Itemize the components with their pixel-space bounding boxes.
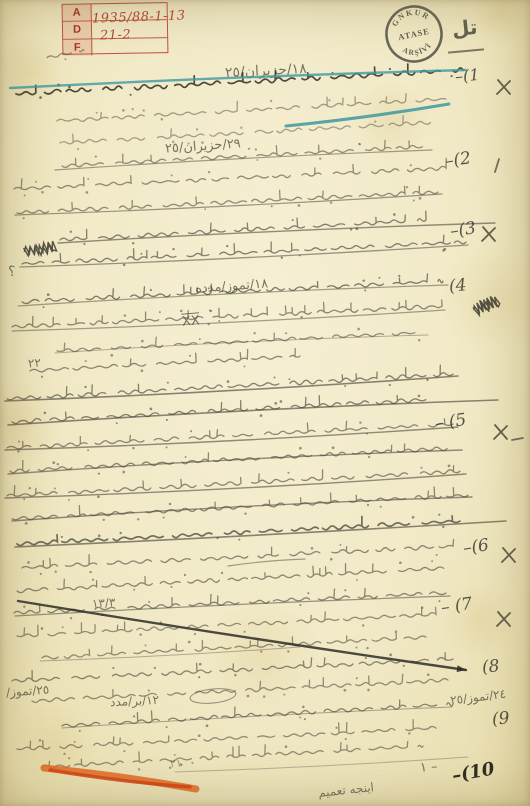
diacritic-dot — [398, 275, 400, 277]
diacritic-dot — [244, 365, 246, 367]
diacritic-dot — [260, 650, 262, 652]
diacritic-dot — [54, 487, 56, 489]
diacritic-dot — [218, 320, 220, 322]
diacritic-dot — [68, 499, 70, 501]
handwriting-line — [12, 487, 468, 520]
diacritic-dot — [442, 526, 444, 528]
diacritic-dot — [29, 487, 31, 489]
diacritic-dot — [145, 644, 147, 646]
diacritic-dot — [287, 472, 289, 474]
diacritic-dot — [359, 421, 361, 423]
diacritic-dot — [166, 419, 168, 421]
diacritic-dot — [184, 574, 186, 576]
diacritic-dot — [204, 208, 206, 210]
diacritic-dot — [138, 768, 140, 770]
diacritic-dot — [418, 339, 420, 341]
diacritic-dot — [41, 627, 44, 630]
diacritic-dot — [206, 724, 209, 727]
diacritic-dot — [241, 73, 243, 75]
diacritic-dot — [413, 199, 415, 201]
diacritic-dot — [23, 217, 25, 219]
handwriting-line — [60, 211, 426, 240]
diacritic-dot — [166, 446, 168, 448]
diacritic-dot — [247, 695, 250, 698]
diacritic-dot — [362, 279, 364, 281]
strike-line — [20, 245, 468, 267]
diacritic-dot — [208, 287, 210, 289]
diacritic-dot — [300, 316, 302, 318]
diacritic-dot — [226, 245, 228, 247]
x-mark-icon — [482, 227, 495, 241]
diacritic-dot — [35, 181, 37, 183]
handwriting-line — [62, 700, 453, 727]
diacritic-dot — [159, 311, 161, 313]
x-mark-icon — [497, 80, 510, 94]
diacritic-dot — [130, 94, 132, 96]
diacritic-dot — [96, 112, 98, 114]
diacritic-dot — [344, 589, 346, 591]
diacritic-dot — [304, 718, 306, 720]
handwriting-line — [47, 50, 84, 58]
diacritic-dot — [263, 695, 265, 697]
diacritic-dot — [438, 514, 440, 516]
diacritic-dot — [18, 441, 20, 443]
diacritic-dot — [410, 164, 412, 166]
diacritic-dot — [240, 126, 242, 128]
strike-line — [5, 474, 466, 498]
diacritic-dot — [418, 395, 421, 398]
diacritic-dot — [270, 100, 272, 102]
diacritic-dot — [273, 376, 275, 378]
diacritic-dot — [170, 586, 172, 588]
diacritic-dot — [393, 213, 396, 216]
diacritic-dot — [83, 243, 85, 245]
handwriting-line — [16, 64, 463, 95]
diacritic-dot — [154, 667, 156, 669]
diacritic-dot — [431, 560, 433, 562]
handwriting-line — [42, 742, 423, 769]
strike-line — [12, 497, 472, 521]
dash-mark-icon — [512, 438, 523, 440]
diacritic-dot — [61, 536, 63, 538]
diacritic-dot — [62, 626, 64, 628]
diacritic-dot — [85, 360, 87, 362]
item-number-marker: (4 — [448, 275, 467, 296]
diacritic-dot — [112, 667, 114, 669]
diacritic-dot — [150, 289, 152, 291]
diacritic-dot — [356, 579, 358, 581]
handwriting-line — [14, 158, 446, 189]
diacritic-dot — [358, 143, 360, 145]
diacritic-dot — [378, 277, 380, 279]
diacritic-dot — [163, 516, 165, 518]
diacritic-dot — [169, 767, 171, 769]
diacritic-dot — [271, 205, 273, 207]
diacritic-dot — [285, 332, 287, 334]
diacritic-dot — [285, 745, 288, 748]
diacritic-dot — [87, 449, 89, 451]
diacritic-dot — [86, 191, 89, 194]
handwriting-line — [57, 94, 446, 122]
diacritic-dot — [374, 120, 376, 122]
diacritic-dot — [287, 650, 289, 652]
diacritic-dot — [169, 503, 172, 506]
diacritic-dot — [171, 174, 173, 176]
strike-line — [12, 310, 445, 331]
diacritic-dot — [442, 249, 445, 252]
diacritic-dot — [98, 534, 101, 537]
diacritic-dot — [299, 604, 301, 606]
diacritic-dot — [257, 159, 259, 161]
diacritic-dot — [116, 422, 118, 424]
circled-word-icon — [189, 687, 236, 706]
diacritic-dot — [281, 256, 283, 258]
handwriting-line — [17, 564, 444, 593]
diacritic-dot — [27, 561, 30, 564]
strike-line — [5, 427, 458, 450]
diacritic-dot — [199, 338, 201, 340]
item-number-marker: (9 — [491, 708, 510, 729]
diacritic-dot — [25, 522, 28, 525]
diacritic-dot — [221, 572, 223, 574]
diacritic-dot — [244, 513, 246, 515]
diacritic-dot — [79, 730, 81, 732]
diacritic-dot — [148, 690, 150, 692]
diacritic-dot — [260, 414, 263, 417]
diacritic-dot — [23, 498, 25, 500]
diacritic-dot — [133, 589, 135, 591]
diacritic-dot — [191, 762, 193, 764]
diacritic-dot — [190, 430, 192, 432]
diacritic-dot — [140, 253, 142, 255]
diacritic-dot — [132, 108, 134, 110]
diacritic-dot — [253, 332, 255, 334]
diacritic-dot — [208, 171, 210, 173]
item-number-marker: –(6 — [462, 535, 490, 558]
diacritic-dot — [40, 573, 42, 575]
crayon-mark-line — [50, 770, 190, 787]
diacritic-dot — [143, 109, 145, 111]
strike-line — [40, 647, 300, 661]
handwriting-line — [7, 466, 460, 497]
diacritic-dot — [274, 402, 277, 405]
diacritic-dot — [330, 558, 333, 561]
diacritic-dot — [148, 601, 150, 603]
diacritic-dot — [448, 465, 451, 468]
diacritic-dot — [189, 355, 191, 357]
diacritic-dot — [110, 354, 113, 357]
diacritic-dot — [288, 378, 290, 380]
handwriting-line — [7, 419, 453, 449]
diacritic-dot — [133, 715, 135, 717]
x-mark-icon — [502, 548, 515, 562]
diacritic-dot — [198, 676, 200, 678]
diacritic-dot — [366, 647, 368, 649]
diacritic-dot — [339, 544, 341, 546]
diacritic-dot — [132, 242, 134, 244]
strike-line — [228, 559, 305, 566]
diacritic-dot — [194, 633, 196, 635]
diacritic-dot — [389, 68, 391, 70]
x-mark-icon — [494, 425, 507, 439]
diacritic-dot — [302, 706, 305, 709]
diacritic-dot — [344, 385, 346, 387]
scribble-mark-icon — [23, 241, 57, 258]
handwriting-line — [17, 186, 438, 213]
diacritic-dot — [421, 607, 423, 609]
diacritic-dot — [103, 519, 105, 521]
diacritic-dot — [364, 290, 366, 292]
strike-line — [55, 335, 428, 353]
diacritic-dot — [44, 412, 47, 415]
diacritic-dot — [408, 732, 410, 734]
diacritic-dot — [188, 641, 191, 644]
diacritic-dot — [141, 369, 144, 372]
diacritic-dot — [123, 264, 126, 267]
diacritic-dot — [97, 495, 100, 498]
diacritic-dot — [335, 727, 337, 729]
diacritic-dot — [70, 230, 72, 232]
item-number-marker: –(3 — [449, 218, 477, 241]
tick-mark-icon — [495, 159, 499, 172]
scribble-mark-icon — [471, 293, 501, 317]
strike-line — [18, 285, 448, 306]
strike-line — [8, 400, 498, 425]
diacritic-dot — [124, 314, 126, 316]
strike-line — [55, 150, 432, 170]
diacritic-dot — [201, 141, 204, 144]
diacritic-dot — [137, 518, 139, 520]
diacritic-dot — [63, 753, 65, 755]
diacritic-dot — [399, 561, 402, 564]
diacritic-dot — [123, 750, 125, 752]
diacritic-dot — [139, 633, 142, 636]
strike-line — [5, 376, 458, 401]
diacritic-dot — [238, 539, 240, 541]
diacritic-dot — [332, 446, 335, 449]
item-number-marker: (8 — [481, 656, 500, 677]
diacritic-dot — [187, 142, 189, 144]
diacritic-dot — [95, 156, 97, 158]
diacritic-dot — [180, 310, 183, 313]
diacritic-dot — [380, 506, 382, 508]
diacritic-dot — [120, 532, 122, 534]
diacritic-dot — [57, 463, 59, 465]
diacritic-dot — [307, 592, 309, 594]
blue-strike-line — [286, 104, 449, 126]
diacritic-dot — [299, 447, 302, 450]
handwriting-line — [12, 396, 426, 424]
handwriting-layer — [0, 0, 530, 806]
diacritic-dot — [210, 310, 212, 312]
diacritic-dot — [389, 653, 392, 656]
diacritic-dot — [367, 689, 370, 692]
diacritic-dot — [52, 461, 55, 464]
strike-line — [8, 450, 462, 474]
diacritic-dot — [255, 148, 257, 150]
diacritic-dot — [196, 128, 198, 130]
diacritic-dot — [166, 726, 168, 728]
x-mark-icon — [497, 612, 510, 626]
diacritic-dot — [244, 631, 246, 633]
diacritic-dot — [172, 141, 175, 144]
diacritic-dot — [403, 665, 405, 667]
diacritic-dot — [319, 157, 321, 159]
diacritic-dot — [70, 617, 72, 619]
diacritic-dot — [451, 75, 453, 77]
diacritic-dot — [41, 376, 43, 378]
diacritic-dot — [328, 99, 330, 101]
diacritic-dot — [39, 739, 41, 741]
handwriting-line — [60, 116, 430, 144]
diacritic-dot — [365, 657, 367, 659]
handwriting-line — [7, 365, 453, 400]
diacritic-dot — [174, 754, 176, 756]
diacritic-dot — [406, 186, 408, 188]
diacritic-dot — [356, 677, 358, 679]
diacritic-dot — [283, 694, 285, 696]
diacritic-dot — [362, 624, 364, 626]
strike-line — [62, 707, 452, 728]
diacritic-dot — [199, 663, 202, 666]
diacritic-dot — [180, 763, 183, 766]
diacritic-dot — [84, 386, 86, 388]
diacritic-dot — [368, 456, 370, 458]
diacritic-dot — [23, 605, 25, 607]
diacritic-dot — [395, 630, 398, 633]
diacritic-dot — [122, 109, 125, 112]
handwriting-line — [62, 140, 422, 167]
strike-line — [15, 521, 506, 547]
diacritic-dot — [141, 340, 144, 343]
diacritic-dot — [419, 197, 422, 200]
scanned-document-page: ADF 1935/88-1-13 21-2 GNKUR ATASE ARŞİVİ… — [0, 0, 530, 806]
strike-line — [58, 223, 495, 243]
diacritic-dot — [92, 579, 94, 581]
diacritic-dot — [248, 148, 250, 150]
diacritic-dot — [420, 467, 422, 469]
diacritic-dot — [280, 400, 283, 403]
diacritic-dot — [17, 450, 19, 452]
diacritic-dot — [227, 380, 230, 383]
diacritic-dot — [234, 674, 236, 676]
diacritic-dot — [436, 554, 438, 556]
diacritic-dot — [355, 646, 357, 648]
strike-line — [175, 757, 468, 772]
blue-strike-line — [10, 70, 466, 88]
diacritic-dot — [412, 516, 415, 519]
diacritic-dot — [389, 384, 391, 386]
diacritic-dot — [39, 96, 42, 99]
diacritic-dot — [344, 689, 347, 692]
diacritic-dot — [47, 293, 50, 296]
diacritic-dot — [357, 328, 360, 331]
handwriting-line — [10, 444, 447, 473]
diacritic-dot — [311, 547, 314, 550]
diacritic-dot — [77, 148, 79, 150]
diacritic-dot — [367, 504, 369, 506]
diacritic-dot — [122, 471, 125, 474]
diacritic-dot — [41, 191, 44, 194]
diacritic-dot — [292, 219, 294, 221]
diacritic-dot — [74, 741, 76, 743]
diacritic-dot — [198, 734, 201, 737]
diacritic-dot — [299, 716, 301, 718]
diacritic-dot — [98, 472, 100, 474]
diacritic-dot — [172, 248, 174, 250]
strike-line — [15, 596, 450, 616]
diacritic-dot — [427, 673, 430, 676]
diacritic-dot — [150, 408, 153, 411]
diacritic-dot — [87, 178, 89, 180]
diacritic-dot — [65, 58, 67, 60]
diacritic-dot — [330, 202, 332, 204]
diacritic-dot — [55, 571, 57, 573]
diacritic-dot — [24, 194, 26, 196]
diacritic-dot — [298, 204, 301, 207]
diacritic-dot — [161, 118, 164, 121]
diacritic-dot — [132, 447, 134, 449]
handwriting-line — [17, 516, 460, 546]
diacritic-dot — [345, 738, 347, 740]
diacritic-dot — [167, 382, 169, 384]
strike-line — [15, 194, 442, 215]
item-number-marker: –(1 — [454, 65, 480, 86]
diacritic-dot — [89, 571, 91, 573]
item-number-marker: –(2 — [444, 148, 472, 171]
diacritic-dot — [68, 757, 70, 759]
diacritic-dot — [185, 456, 187, 458]
diacritic-dot — [43, 306, 45, 308]
